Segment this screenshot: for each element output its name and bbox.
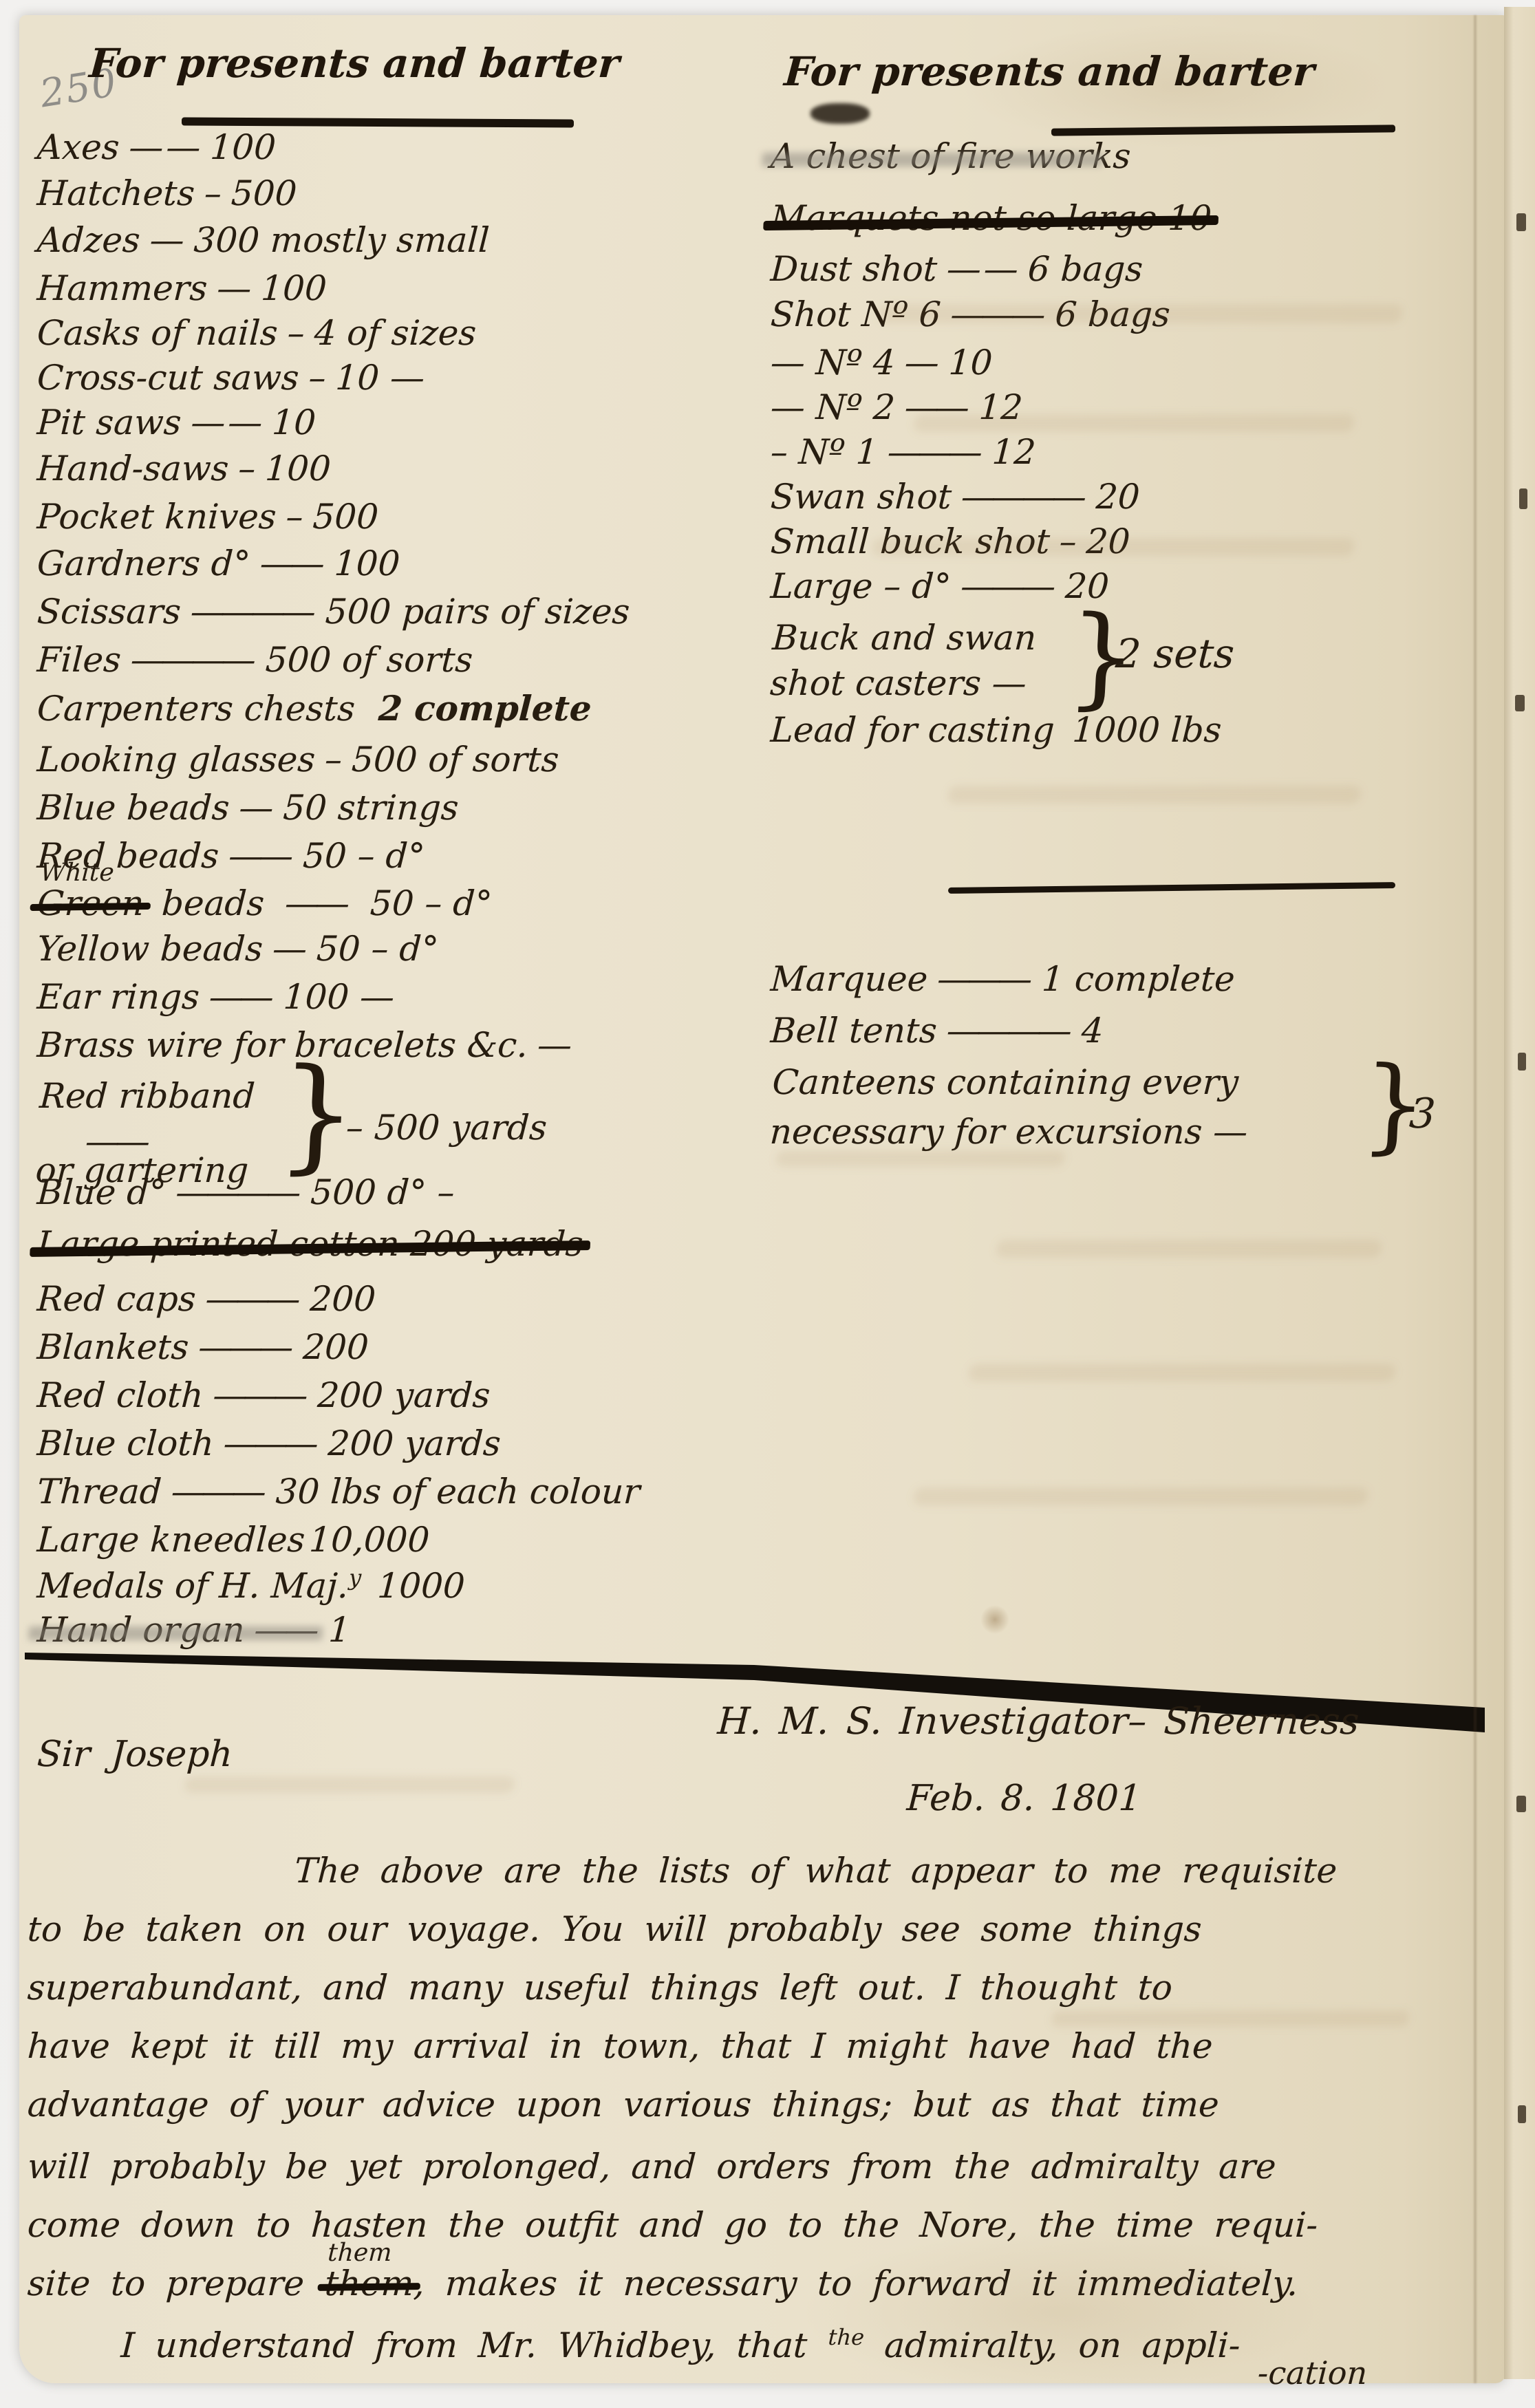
item-leader: –: [237, 449, 253, 488]
item-value: 50 – d°: [369, 883, 493, 923]
heading-underline: [1051, 125, 1395, 136]
item-value: 4 of sizes: [313, 313, 477, 353]
inserted-word: them: [327, 2239, 392, 2267]
list-item: Hatchets–500: [36, 173, 298, 213]
letter-body-line: have kept it till my arrival in town, th…: [26, 2026, 1214, 2066]
right-list-heading: For presents and barter: [783, 48, 1316, 95]
list-item: Dust shot— —6 bags: [769, 249, 1144, 289]
list-item: Pit saws— —10: [36, 402, 316, 442]
item-leader: ———: [170, 1472, 263, 1512]
item-label: Pit saws: [36, 402, 182, 442]
line-pre: I understand from Mr. Whidbey, that: [120, 2325, 828, 2365]
item-leader: ————: [189, 592, 312, 632]
list-item-braced: Canteens containing every necessary for …: [768, 1062, 773, 1172]
item-value: 12: [991, 432, 1037, 472]
letter-body-line: superabundant, and many useful things le…: [26, 1968, 1173, 2008]
item-value: 10: [947, 343, 994, 383]
list-item: Marquee———1 complete: [769, 959, 1236, 999]
list-item: Large kneedles10,000: [36, 1520, 430, 1560]
item-value: 50 – d°: [302, 836, 426, 876]
list-item: Cross-cut saws–10 —: [36, 358, 425, 398]
item-leader: — —: [128, 127, 197, 167]
item-label: Blue cloth: [36, 1423, 215, 1463]
item-value: 3: [1408, 1090, 1437, 1138]
list-item: Looking glasses–500 of sorts: [36, 740, 559, 780]
item-leader: ———: [204, 1279, 297, 1319]
item-label: Swan shot: [769, 477, 952, 517]
inserted-word: the: [828, 2324, 865, 2350]
item-leader: —: [149, 220, 181, 260]
item-label: Hammers: [36, 268, 208, 308]
line-pre: site to prepare: [26, 2264, 325, 2303]
item-value: 100: [260, 268, 328, 308]
item-label: Bell tents: [769, 1011, 938, 1051]
bleedthrough-mark: [947, 786, 1362, 804]
item-value: 20: [1095, 477, 1141, 517]
list-item: Large – d°———20: [769, 566, 1110, 606]
list-item: Gardners d°——100: [36, 544, 400, 583]
letter-ship-line: H. M. S. Investigator– Sheerness: [716, 1699, 1360, 1743]
item-label: Looking glasses: [36, 740, 316, 780]
list-item: Thread———30 lbs of each colour: [36, 1472, 641, 1512]
item-label: Blue d°: [36, 1172, 167, 1212]
list-item-corrected: WhiteGreen beads —— 50 – d°: [36, 883, 493, 923]
item-label: Large – d°: [769, 566, 952, 606]
item-label: Blankets: [36, 1327, 189, 1367]
item-value: 100 —: [282, 977, 395, 1017]
item-label: Red cloth: [36, 1375, 204, 1415]
item-leader: — —: [190, 402, 259, 442]
struck-word: them: [323, 2264, 414, 2303]
list-item: Lead for casting1000 lbs: [769, 710, 1223, 750]
list-item: Adzes—300 mostly small: [36, 220, 490, 260]
item-label: beads: [161, 883, 266, 923]
list-item: Ear rings——100 —: [36, 977, 395, 1017]
ink-mark: [1516, 1796, 1526, 1812]
item-label: Carpenters chests: [36, 689, 356, 729]
correction-stack: themthem: [323, 2264, 414, 2303]
item-label: Thread: [36, 1472, 162, 1512]
item-label: Yellow beads: [36, 929, 264, 969]
bleedthrough-mark: [775, 1150, 1066, 1167]
line-post: , makes it necessary to forward it immed…: [413, 2264, 1299, 2303]
item-label: Large kneedles: [36, 1520, 305, 1560]
item-value: 30 lbs of each colour: [275, 1472, 641, 1512]
item-value: 500: [230, 173, 298, 213]
item-label-line1: Buck and swan: [771, 618, 1038, 658]
item-leader: ————: [129, 640, 253, 680]
letter-body-line: come down to hasten the outfit and go to…: [26, 2205, 1318, 2245]
item-value: 100: [333, 544, 400, 583]
item-leader: ———: [197, 1327, 290, 1367]
item-leader: –: [286, 313, 301, 353]
item-label-line1: Canteens containing every: [771, 1062, 1239, 1102]
page-fold-crease: [1474, 15, 1477, 2383]
item-leader: ———: [936, 959, 1029, 999]
item-value: 1000 lbs: [1071, 710, 1223, 750]
ink-mark: [1516, 213, 1526, 231]
item-label-line2: shot casters —: [769, 663, 1028, 703]
list-item-struck: Marquets not so large 10: [769, 198, 1212, 238]
bleedthrough-mark: [996, 1240, 1383, 1258]
item-label: A chest of fire works: [769, 136, 1131, 176]
list-item: Blue d°————500 d° –: [36, 1172, 455, 1212]
item-leader: ——: [228, 836, 290, 876]
left-list-heading: For presents and barter: [88, 40, 621, 87]
list-item: — Nº 4—10: [769, 343, 994, 383]
list-item: Hammers—100: [36, 268, 328, 308]
letter-body-line-corrected: site to prepare themthem, makes it neces…: [26, 2264, 1299, 2303]
item-leader: ——: [259, 544, 321, 583]
item-value: 2 complete: [378, 688, 593, 729]
letter-salutation: Sir Joseph: [36, 1734, 233, 1775]
item-leader: –: [308, 358, 323, 398]
item-leader: –: [204, 173, 219, 213]
item-label: Blue beads: [36, 788, 230, 828]
item-value: 2 sets: [1115, 630, 1236, 677]
letter-date-line: Feb. 8. 1801: [905, 1778, 1142, 1819]
item-label-line1: Red ribband: [39, 1076, 256, 1116]
letter-body-line: to be taken on our voyage. You will prob…: [26, 1909, 1203, 1949]
ink-mark: [1518, 2105, 1526, 2123]
list-item: Bell tents————4: [769, 1011, 1104, 1051]
item-label: Axes: [36, 127, 120, 167]
struck-line: Marquets not so large 10: [769, 198, 1212, 238]
item-value: 1 complete: [1041, 959, 1236, 999]
item-label: — Nº 2: [769, 387, 896, 427]
list-item: Blue cloth———200 yards: [36, 1423, 502, 1463]
item-label: Ear rings: [36, 977, 200, 1017]
list-item: Casks of nails–4 of sizes: [36, 313, 477, 353]
item-label: Files: [36, 640, 122, 680]
item-label: Scissars: [36, 592, 182, 632]
heading-underline: [182, 118, 574, 128]
list-item-struck: Large printed cotton 200 yards: [36, 1224, 584, 1264]
inserted-word: White: [39, 859, 115, 887]
bleedthrough-mark: [968, 1364, 1397, 1382]
struck-word: Green: [36, 883, 144, 923]
item-value: 100: [209, 127, 277, 167]
item-label: Gardners d°: [36, 544, 251, 583]
item-value: 200 yards: [316, 1375, 491, 1415]
item-leader: — —: [945, 249, 1015, 289]
item-label: Casks of nails: [36, 313, 279, 353]
item-value: 500 pairs of sizes: [324, 592, 630, 632]
item-value: 200: [302, 1327, 369, 1367]
ink-mark: [1519, 488, 1527, 509]
item-value: 6 bags: [1027, 249, 1144, 289]
superscript: y: [348, 1565, 362, 1591]
ink-smudge: [811, 103, 870, 124]
letter-body-line-corrected: I understand from Mr. Whidbey, that the …: [120, 2324, 1241, 2365]
list-item: Hand-saws–100: [36, 449, 332, 488]
item-leader: ————: [175, 1172, 298, 1212]
item-value: 4: [1080, 1011, 1104, 1051]
list-item: Blue beads—50 strings: [36, 788, 460, 828]
item-leader: —: [537, 1025, 569, 1065]
bleedthrough-mark: [872, 538, 1355, 556]
adjacent-page-edge: [1504, 7, 1535, 2379]
letter-body-line: advantage of your advice upon various th…: [26, 2085, 1220, 2125]
item-value: [581, 1025, 583, 1065]
ink-mark: [1518, 1053, 1526, 1071]
line-post: admiralty, on appli-: [863, 2325, 1241, 2365]
list-item: Scissars————500 pairs of sizes: [36, 592, 630, 632]
item-value: 50 strings: [282, 788, 460, 828]
item-label-line2: necessary for excursions —: [769, 1112, 1248, 1152]
correction-stack: WhiteGreen: [36, 883, 144, 923]
item-value: 300 mostly small: [193, 220, 491, 260]
item-label: – Nº 1: [769, 432, 879, 472]
item-value: 10: [271, 402, 317, 442]
item-value: 10,000: [308, 1520, 431, 1560]
list-item: Yellow beads—50 – d°: [36, 929, 440, 969]
list-item: Red cloth———200 yards: [36, 1375, 491, 1415]
section-divider: [948, 882, 1395, 894]
item-leader: ————: [960, 477, 1083, 517]
list-item: Red caps———200: [36, 1279, 376, 1319]
item-leader: ———: [886, 432, 979, 472]
letter-body-line: will probably be yet prolonged, and orde…: [26, 2147, 1277, 2186]
item-value: 500: [312, 497, 379, 537]
item-value: 100: [264, 449, 332, 488]
item-leader: [364, 689, 366, 729]
bleedthrough-mark: [913, 414, 1355, 432]
list-item: Medals of H. Maj.y1000: [36, 1565, 466, 1606]
item-value: 500 of sorts: [351, 740, 560, 780]
manuscript-page: 250 For presents and barter Axes— —100 H…: [19, 15, 1505, 2383]
item-leader: ——: [208, 977, 270, 1017]
item-label: — Nº 4: [769, 343, 896, 383]
list-item: Files————500 of sorts: [36, 640, 473, 680]
letter-catchword: -cation: [1257, 2354, 1368, 2391]
item-value: 500 d° –: [310, 1172, 455, 1212]
item-value: 200: [309, 1279, 376, 1319]
item-value: 200 yards: [327, 1423, 502, 1463]
item-label: Red caps: [36, 1279, 197, 1319]
list-item: Carpenters chests2 complete: [36, 688, 592, 729]
list-item: A chest of fire works: [769, 136, 1131, 176]
item-leader: —: [238, 788, 270, 828]
bleedthrough-mark: [879, 304, 1404, 323]
item-value: 1000: [376, 1566, 466, 1606]
list-item: – Nº 1———12: [769, 432, 1037, 472]
item-leader: ———: [222, 1423, 315, 1463]
item-leader: —: [272, 929, 304, 969]
item-leader: —: [903, 343, 936, 383]
item-leader: ——: [284, 883, 347, 923]
item-leader: –: [324, 740, 339, 780]
item-leader: ———: [960, 566, 1053, 606]
item-leader: —: [216, 268, 248, 308]
item-leader: ———: [212, 1375, 305, 1415]
item-value: – 500 yards: [345, 1108, 548, 1148]
item-label: Hand-saws: [36, 449, 229, 488]
item-label: Lead for casting: [769, 710, 1055, 750]
list-item: Axes— —100: [36, 127, 277, 167]
item-value: 500 of sorts: [264, 640, 473, 680]
ink-mark: [1515, 695, 1525, 711]
item-label: Hatchets: [36, 173, 195, 213]
item-leader: ————: [945, 1011, 1069, 1051]
item-leader: –: [285, 497, 300, 537]
item-label: Cross-cut saws: [36, 358, 300, 398]
list-item: Blankets———200: [36, 1327, 369, 1367]
letter-body-line: The above are the lists of what appear t…: [293, 1851, 1338, 1891]
item-label: Adzes: [36, 220, 141, 260]
bleedthrough-mark: [913, 1487, 1369, 1505]
item-label: Medals of H. Maj.: [36, 1566, 349, 1606]
item-value: 50 – d°: [316, 929, 440, 969]
item-label: Marquee: [769, 959, 928, 999]
bleedthrough-mark: [184, 1776, 516, 1793]
item-value: 10 —: [334, 358, 426, 398]
list-item: Swan shot————20: [769, 477, 1141, 517]
item-label: Dust shot: [769, 249, 938, 289]
list-item: Pocket knives–500: [36, 497, 379, 537]
bleedthrough-mark: [1051, 2010, 1410, 2027]
struck-line: Large printed cotton 200 yards: [36, 1224, 584, 1264]
item-label: Pocket knives: [36, 497, 277, 537]
